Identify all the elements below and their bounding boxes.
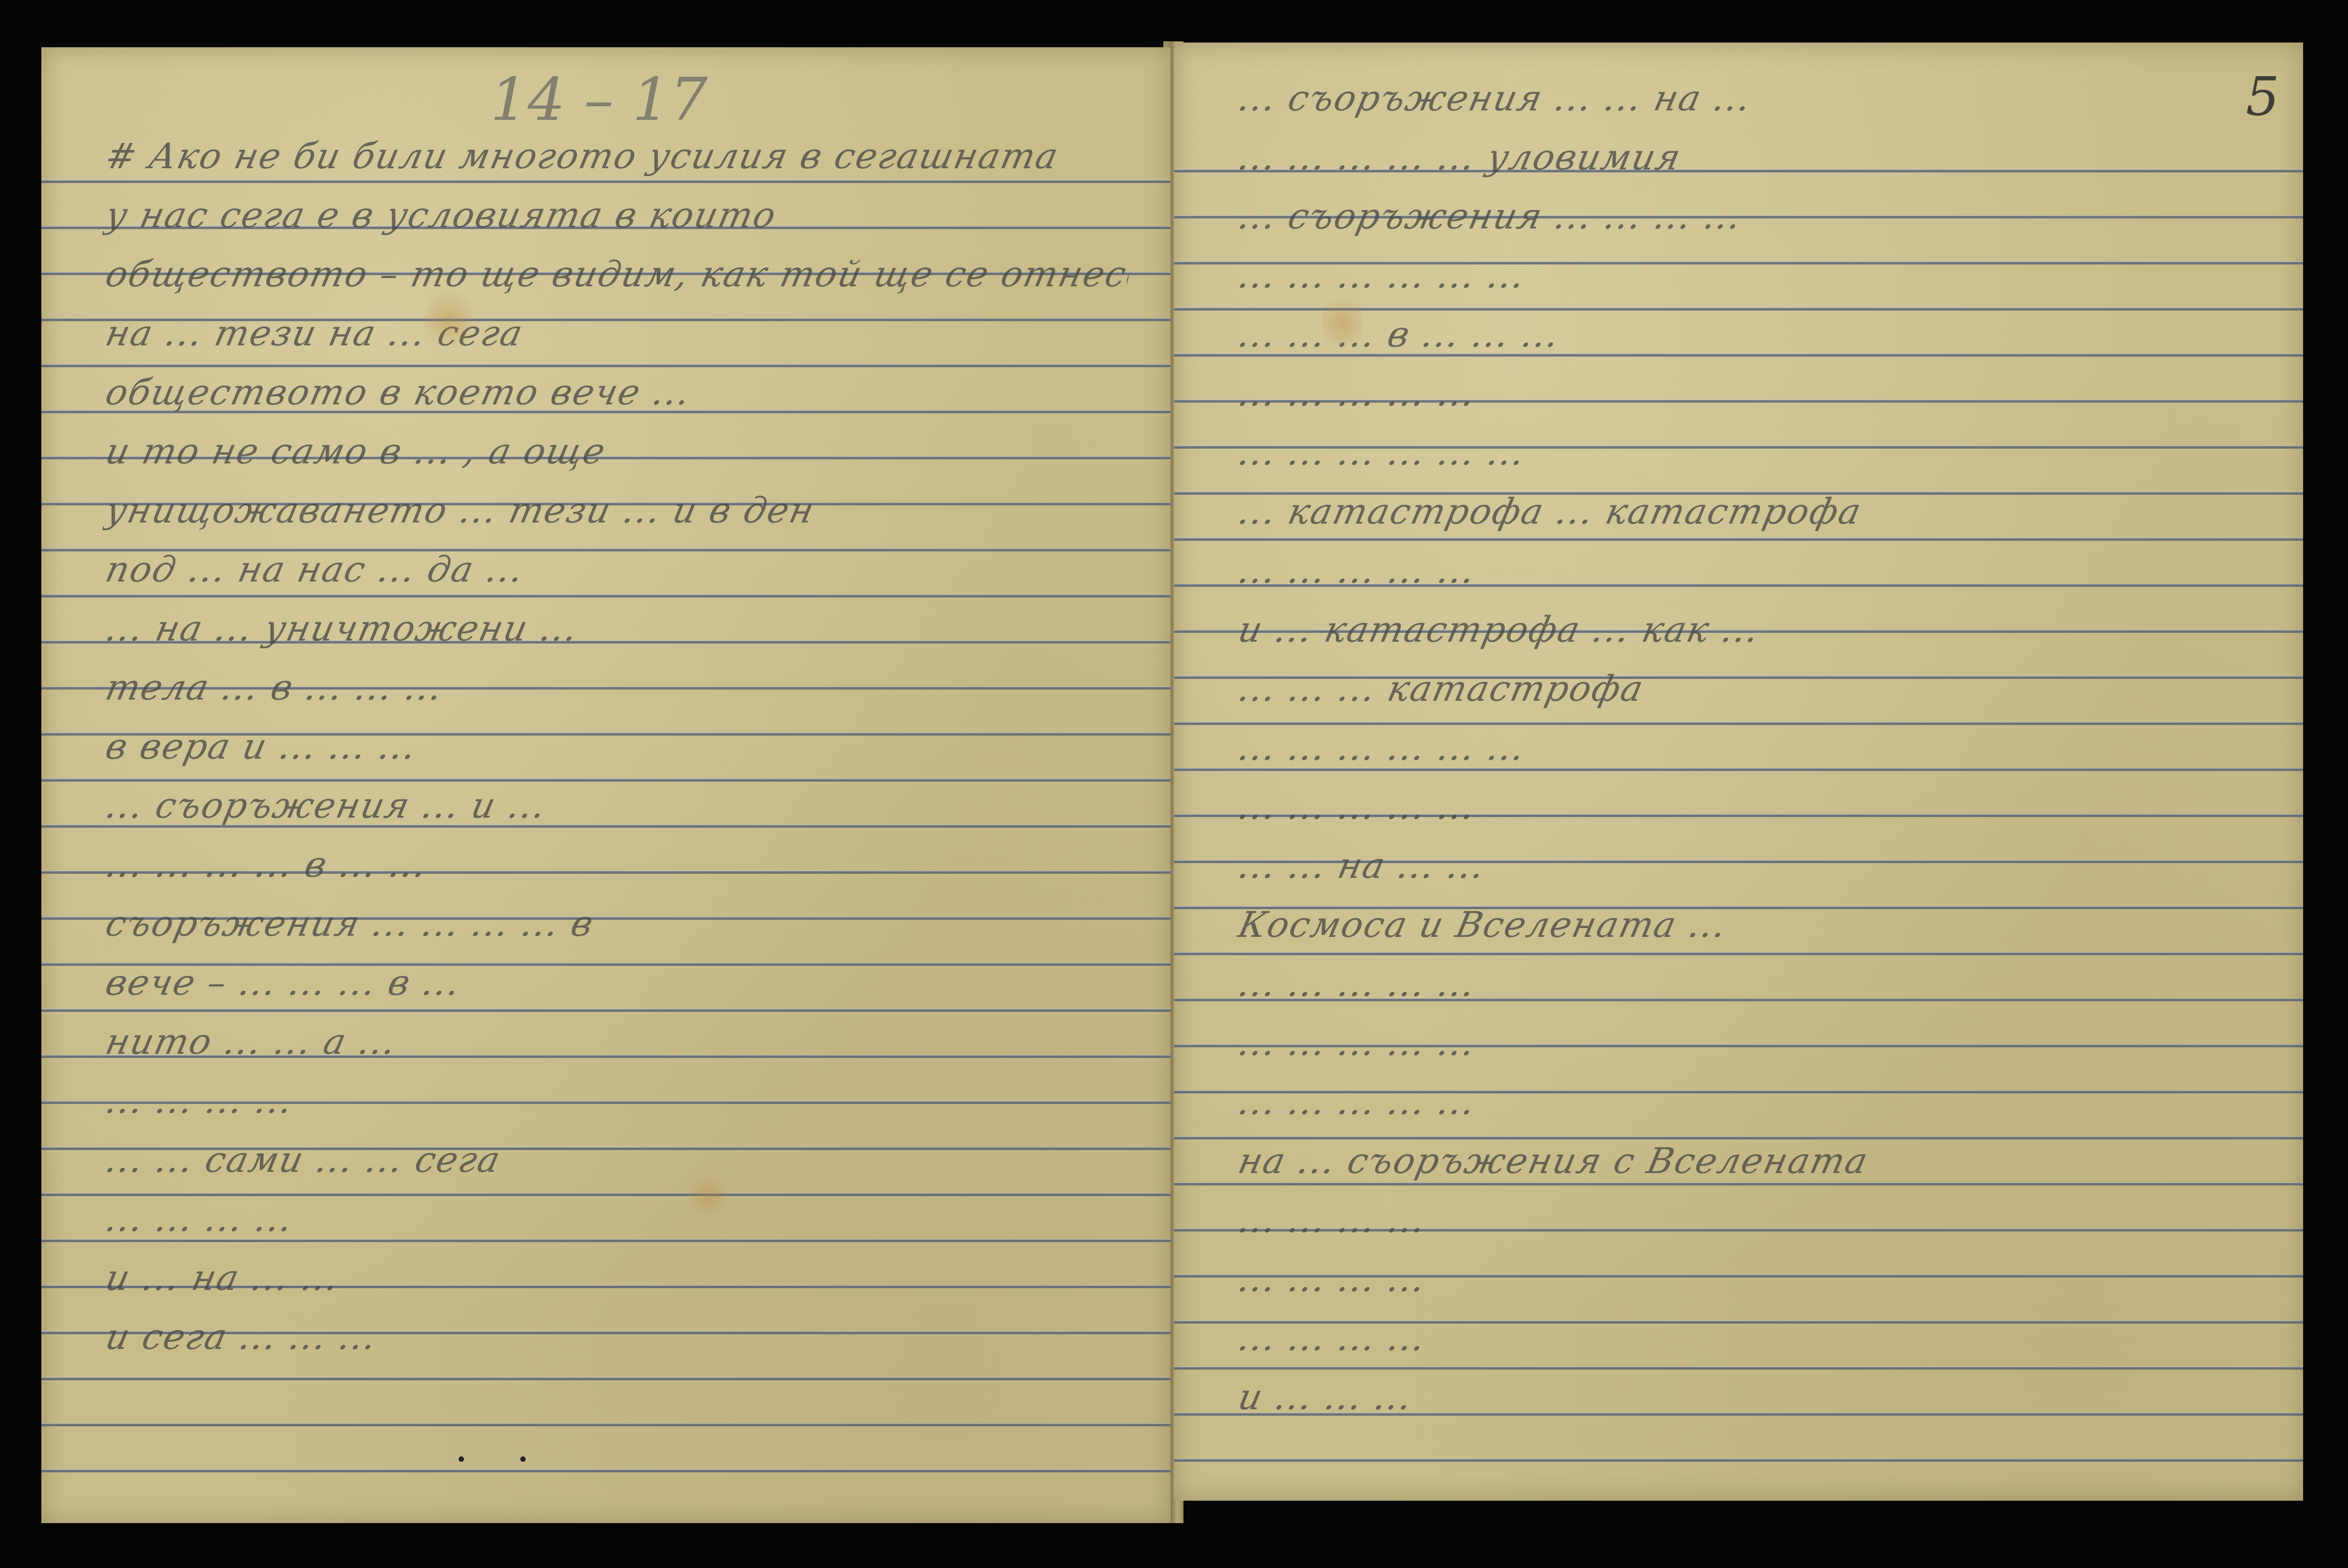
handwritten-line: и сега ... ... ... <box>102 1317 1134 1358</box>
handwritten-line: и ... на ... ... <box>102 1257 1134 1299</box>
handwritten-line: ... съоръжения ... ... ... ... <box>1235 196 2267 237</box>
handwritten-line: ... ... ... ... в ... ... <box>102 844 1134 886</box>
ruled-line <box>41 1423 1170 1426</box>
handwritten-line: ... ... ... ... <box>102 1080 1134 1122</box>
handwritten-line: ... ... на ... ... <box>1235 845 2267 887</box>
ruled-line <box>1174 538 2303 541</box>
handwritten-line: # Ако не би били многото усилия в сегашн… <box>102 136 1134 177</box>
handwritten-line: под ... на нас ... да ... <box>102 549 1134 590</box>
left-page: 14 – 17 # Ако не би били многото усилия … <box>41 47 1170 1523</box>
handwritten-line: в вера и ... ... ... <box>102 726 1134 767</box>
ruled-line <box>41 779 1170 782</box>
handwritten-line: ... ... ... ... ... <box>1235 1023 2267 1064</box>
ruled-line <box>41 1377 1170 1380</box>
handwritten-line: и то не само в ... , а още <box>102 431 1134 472</box>
handwritten-line: ... ... ... ... ... <box>1235 373 2267 414</box>
handwritten-line: ... ... ... ... ... <box>1235 1082 2267 1123</box>
handwritten-line: ... ... сами ... ... сега <box>102 1139 1134 1181</box>
ruled-line <box>1174 1182 2303 1185</box>
handwritten-line: и ... катастрофа ... как ... <box>1235 609 2267 651</box>
handwritten-line: ... на ... уничтожени ... <box>102 608 1134 649</box>
handwritten-line: и ... ... ... <box>1235 1377 2267 1418</box>
handwritten-line: унищожаването ... тези ... и в ден <box>102 490 1134 531</box>
ruled-line <box>1174 722 2303 725</box>
handwritten-line: ... ... ... ... ... ... <box>1235 727 2267 769</box>
handwritten-line: на ... съоръжения с Вселената <box>1235 1141 2267 1182</box>
ruled-line <box>1174 1367 2303 1370</box>
handwritten-line: ... ... ... ... <box>1235 1318 2267 1359</box>
handwritten-line: ... ... ... ... <box>1235 1259 2267 1300</box>
handwritten-line: ... ... ... ... ... ... <box>1235 255 2267 296</box>
ruled-line <box>41 594 1170 597</box>
handwritten-line: обществото в което вече ... <box>102 372 1134 413</box>
ruled-line <box>41 180 1170 183</box>
handwritten-line: ... ... ... ... ... <box>1235 963 2267 1005</box>
handwritten-line: у нас сега е в условията в които <box>102 195 1134 236</box>
ruled-line <box>41 1009 1170 1012</box>
handwritten-line: ... ... ... ... ... уловимия <box>1235 137 2267 178</box>
right-page: 5 ... съоръжения ... ... на ...... ... .… <box>1174 43 2303 1501</box>
ruled-line <box>1174 1136 2303 1139</box>
handwritten-line: ... съоръжения ... ... на ... <box>1235 78 2267 119</box>
handwritten-line: ... ... ... ... ... <box>1235 550 2267 592</box>
handwritten-line: ... ... ... ... <box>1235 1200 2267 1241</box>
ruled-line <box>41 364 1170 367</box>
handwritten-line: ... катастрофа ... катастрофа <box>1235 491 2267 533</box>
paper-stain <box>425 283 472 354</box>
ruled-line <box>1174 952 2303 955</box>
handwritten-line: тела ... в ... ... ... <box>102 667 1134 708</box>
ruled-line <box>41 1469 1170 1472</box>
handwritten-line: ... ... ... ... ... ... <box>1235 432 2267 473</box>
paper-stain <box>1322 290 1363 355</box>
pencil-marks: . . <box>455 1423 547 1471</box>
handwritten-line: ... ... ... ... <box>102 1198 1134 1240</box>
handwritten-line: ... съоръжения ... и ... <box>102 785 1134 827</box>
handwritten-line: ... ... ... ... ... <box>1235 786 2267 828</box>
handwritten-line: Космоса и Вселената ... <box>1235 904 2267 946</box>
ruled-line <box>1174 1459 2303 1462</box>
date-heading: 14 – 17 <box>490 65 707 134</box>
handwritten-line: на ... тези на ... сега <box>102 313 1134 354</box>
handwritten-line: вече – ... ... ... в ... <box>102 962 1134 1004</box>
handwritten-line: ... ... ... катастрофа <box>1235 668 2267 710</box>
handwritten-line: обществото – то ще видим, как той ще се … <box>102 254 1134 295</box>
handwritten-line: съоръжения ... ... ... ... в <box>102 903 1134 945</box>
handwritten-line: ... ... ... в ... ... ... <box>1235 314 2267 355</box>
handwritten-line: нито ... ... а ... <box>102 1021 1134 1063</box>
paper-stain <box>691 1169 726 1222</box>
ruled-line <box>41 1193 1170 1196</box>
